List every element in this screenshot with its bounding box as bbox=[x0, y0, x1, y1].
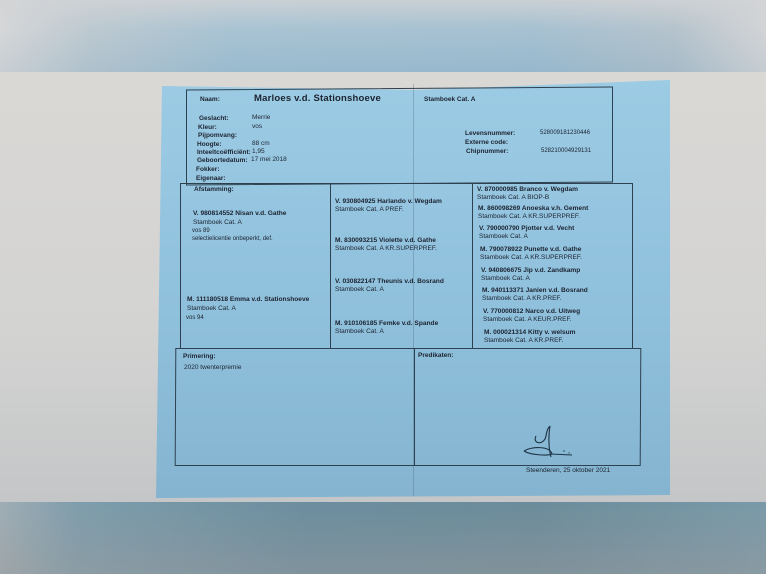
ancestor-name: M. 000021314 Kitty v. welsum bbox=[484, 330, 576, 337]
ancestor-cat: Stamboek Cat. A bbox=[335, 287, 384, 294]
ancestor-name: M. 940113371 Janien v.d. Bosrand bbox=[482, 288, 588, 295]
ancestor-cat: Stamboek Cat. A KR.SUPERPREF. bbox=[478, 214, 580, 221]
signature-icon bbox=[520, 424, 590, 462]
place-date: Steenderen, 25 oktober 2021 bbox=[526, 468, 610, 475]
id-label: Chipnummer: bbox=[466, 149, 508, 156]
ancestor-cat: Stamboek Cat. A KEUR.PREF. bbox=[483, 317, 572, 324]
dam-line: vos 94 bbox=[186, 315, 204, 321]
ancestor-cat: Stamboek Cat. A KR.PREF. bbox=[482, 296, 561, 303]
id-value: 528210004929131 bbox=[541, 148, 591, 154]
ancestor-name: M. 910106185 Femke v.d. Spande bbox=[335, 321, 438, 328]
pedigree-divider-2 bbox=[472, 183, 473, 349]
ancestor-name: V. 940806675 Jip v.d. Zandkamp bbox=[481, 268, 580, 275]
id-label: Externe code: bbox=[465, 140, 508, 147]
field-value: 88 cm bbox=[252, 141, 270, 148]
id-label: Levensnummer: bbox=[465, 131, 515, 138]
ancestor-cat: Stamboek Cat. A bbox=[479, 234, 528, 241]
ancestor-cat: Stamboek Cat. A bbox=[481, 276, 530, 283]
ancestor-cat: Stamboek Cat. A KR.SUPERPREF. bbox=[335, 246, 437, 253]
blurred-background-top bbox=[0, 0, 766, 72]
ancestor-cat: Stamboek Cat. A KR.PREF. bbox=[484, 338, 563, 345]
studbook-category: Stamboek Cat. A bbox=[424, 97, 475, 104]
ancestor-name: M. 830093215 Violette v.d. Gathe bbox=[335, 238, 436, 245]
field-label: Pijpomvang: bbox=[198, 133, 237, 140]
field-value: Merrie bbox=[252, 115, 270, 122]
pedigree-divider-1 bbox=[330, 183, 331, 349]
sire-line: selectielicentie onbeperkt, def. bbox=[192, 236, 273, 242]
field-value: vos bbox=[252, 124, 262, 131]
header-box bbox=[186, 87, 613, 186]
sire-name: V. 980814552 Nisan v.d. Gathe bbox=[193, 211, 286, 218]
bottom-divider bbox=[414, 348, 415, 466]
ancestor-cat: Stamboek Cat. A PREF. bbox=[335, 207, 404, 214]
field-label: Hoogte: bbox=[197, 142, 222, 149]
predikaten-label: Predikaten: bbox=[418, 353, 453, 360]
ancestor-name: V. 790000790 Pjotter v.d. Vecht bbox=[479, 226, 574, 233]
primering-label: Primering: bbox=[183, 354, 216, 361]
field-label: Geboortedatum: bbox=[197, 158, 248, 165]
field-label: Eigenaar: bbox=[196, 176, 226, 183]
field-value: 1,95 bbox=[252, 149, 265, 156]
ancestor-name: M. 790078922 Punette v.d. Gathe bbox=[480, 247, 581, 254]
field-label: Kleur: bbox=[198, 125, 217, 132]
field-label: Geslacht: bbox=[199, 116, 229, 123]
ancestor-name: V. 770000812 Narco v.d. Uitweg bbox=[483, 309, 580, 316]
dam-name: M. 111180518 Emma v.d. Stationshoeve bbox=[187, 297, 309, 304]
field-value: 17 mei 2018 bbox=[251, 157, 287, 164]
horse-name: Marloes v.d. Stationshoeve bbox=[254, 94, 381, 104]
ancestor-name: V. 030822147 Theunis v.d. Bosrand bbox=[335, 279, 444, 286]
ancestor-cat: Stamboek Cat. A bbox=[335, 329, 384, 336]
blurred-background-bottom bbox=[0, 502, 766, 574]
ancestor-name: V. 870000985 Branco v. Wegdam bbox=[477, 187, 578, 194]
ancestor-cat: Stamboek Cat. A BIOP-B bbox=[477, 195, 549, 202]
name-label: Naam: bbox=[200, 97, 220, 104]
sire-line: Stamboek Cat. A bbox=[193, 220, 242, 227]
sire-line: vos 89 bbox=[192, 228, 210, 234]
ancestor-name: M. 860098269 Anoeska v.h. Gement bbox=[478, 206, 588, 213]
ancestor-cat: Stamboek Cat. A KR.SUPERPREF. bbox=[480, 255, 582, 262]
ancestor-name: V. 930804925 Harlando v. Wegdam bbox=[335, 199, 442, 206]
field-label: Inteeltcoëfficiënt: bbox=[197, 150, 251, 157]
field-label: Fokker: bbox=[196, 167, 219, 174]
id-value: 528009181230446 bbox=[540, 130, 590, 136]
primering-value: 2020 twenterpremie bbox=[184, 365, 241, 372]
dam-line: Stamboek Cat. A bbox=[187, 306, 236, 313]
pedigree-label: Afstamming: bbox=[194, 187, 234, 194]
